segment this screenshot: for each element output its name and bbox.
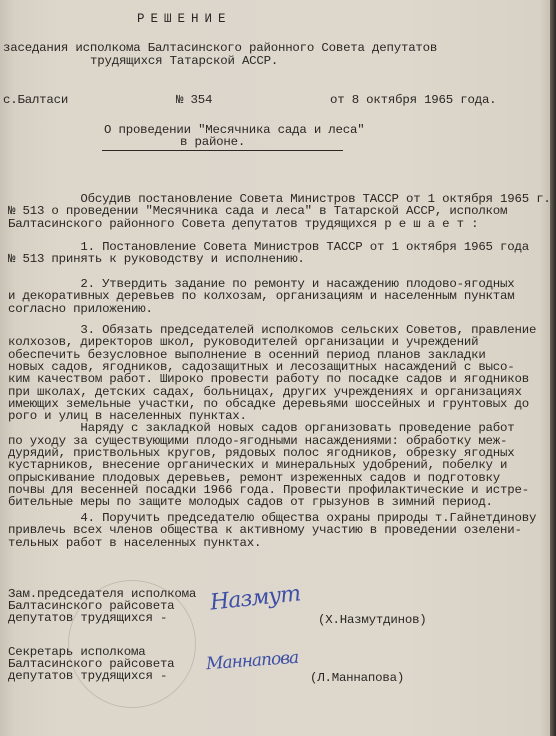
body-item2-line: согласно приложению. [8, 304, 153, 315]
document-title: РЕШЕНИЕ [137, 14, 232, 25]
subtitle-line-1: заседания исполкома Балтасинского районн… [3, 43, 437, 54]
decision-date: от 8 октября 1965 года. [330, 95, 496, 106]
sig1-name: (Х.Назмутдинов) [318, 615, 427, 626]
page-edge-shadow [550, 0, 556, 736]
body-intro-line: № 513 о проведении "Месячника сада и лес… [8, 206, 507, 217]
signature-nazmutdinov: Назмут [209, 581, 301, 615]
body-item4-line: тельных работ в населенных пунктах. [8, 538, 261, 549]
body-item1-line: № 513 принять к руководству и исполнению… [8, 254, 305, 265]
body-item3-line: Наряду с закладкой новых садов организов… [8, 423, 515, 434]
subject-line-2: в районе. [180, 137, 245, 148]
body-item3-line: бительные меры по защите молодых садов о… [8, 497, 493, 508]
body-intro-line: Балтасинского районного Совета депутатов… [8, 219, 478, 230]
subtitle-line-2: трудящихся Татарской АССР. [90, 56, 278, 67]
subject-underline [102, 150, 343, 151]
body-item3-line: колхозов, директоров школ, руководителей… [8, 337, 478, 348]
sig2-position-3: депутатов трудящихся - [8, 671, 167, 682]
signature-mannapova: Маннапова [205, 648, 298, 674]
body-item3-line: ким качеством работ. Широко провести раб… [8, 374, 529, 385]
body-item3-line: кустарников, внесение органических и мин… [8, 460, 507, 471]
place: с.Балтаси [3, 95, 68, 106]
sig1-position-3: депутатов трудящихся - [8, 613, 167, 624]
document-page: РЕШЕНИЕ заседания исполкома Балтасинског… [0, 0, 550, 736]
sig2-name: (Л.Маннапова) [310, 673, 404, 684]
body-item4-line: привлечь всех членов общества к активном… [8, 525, 522, 536]
body-item2-line: и декоративных деревьев по колхозам, орг… [8, 291, 515, 302]
decision-number: № 354 [176, 95, 212, 106]
